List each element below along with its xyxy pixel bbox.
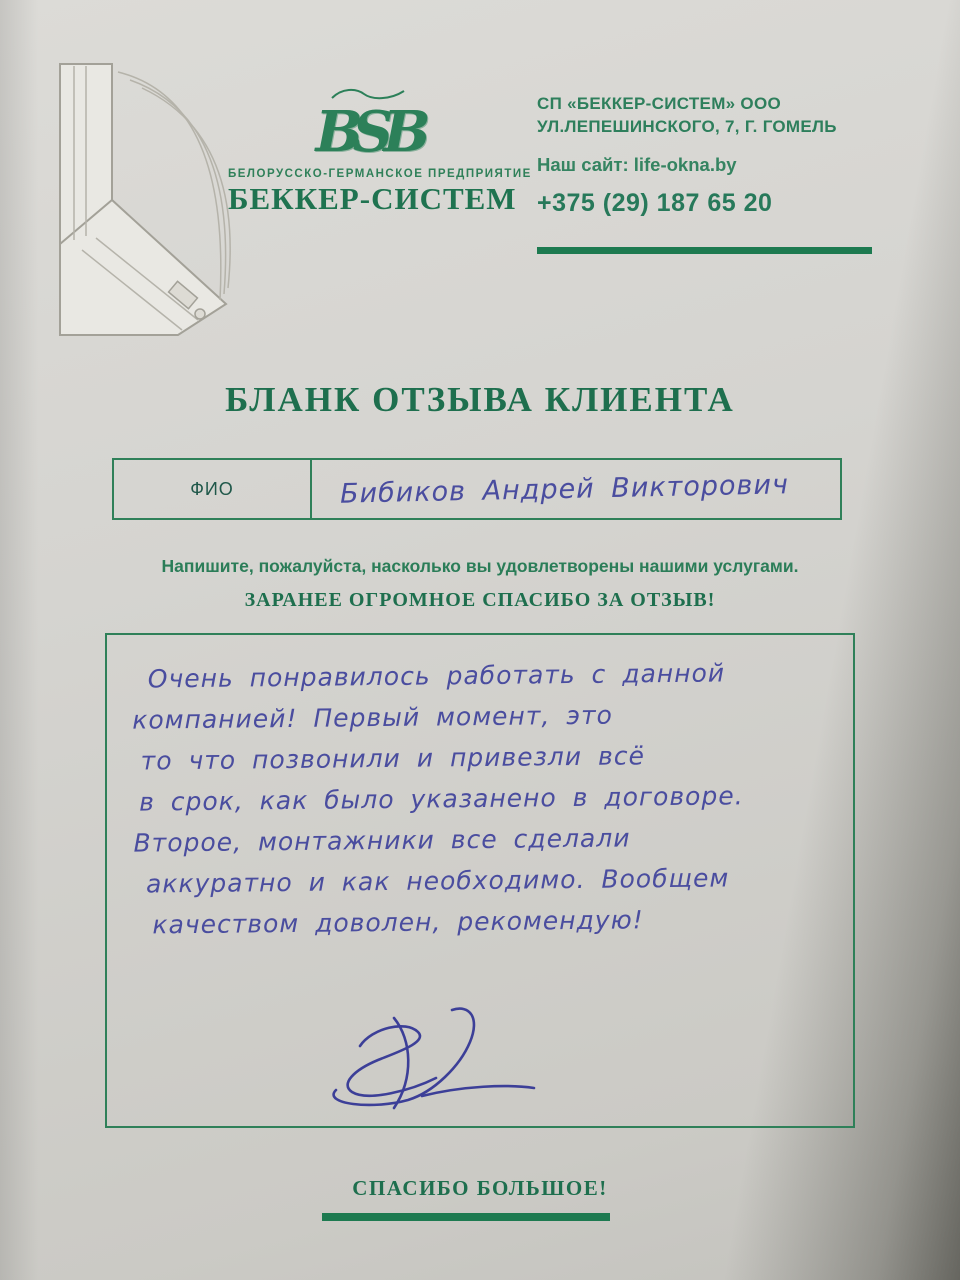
footer-divider: [322, 1213, 610, 1221]
form-title: БЛАНК ОТЗЫВА КЛИЕНТА: [0, 380, 960, 420]
thanks-advance-text: ЗАРАНЕЕ ОГРОМНОЕ СПАСИБО ЗА ОТЗЫВ!: [0, 589, 960, 612]
contact-phone: +375 (29) 187 65 20: [537, 189, 882, 218]
contact-info: СП «БЕККЕР-СИСТЕМ» ООО УЛ.ЛЕПЕШИНСКОГО, …: [537, 92, 882, 218]
contact-address: УЛ.ЛЕПЕШИНСКОГО, 7, Г. ГОМЕЛЬ: [537, 115, 882, 138]
review-box: Очень понравилось работать с данной комп…: [105, 633, 855, 1128]
fio-value-cell: Бибиков Андрей Викторович: [312, 460, 840, 518]
thanks-big-text: СПАСИБО БОЛЬШОЕ!: [0, 1176, 960, 1201]
review-line: Очень понравилось работать с данной: [148, 651, 828, 699]
fio-value-handwritten: Бибиков Андрей Викторович: [340, 469, 790, 509]
company-logo: BSB БЕЛОРУССКО-ГЕРМАНСКОЕ ПРЕДПРИЯТИЕ БЕ…: [228, 86, 508, 217]
contact-website: Наш сайт: life-okna.by: [537, 154, 882, 176]
review-line: качеством доволен, рекомендую!: [152, 897, 830, 945]
contact-company: СП «БЕККЕР-СИСТЕМ» ООО: [537, 92, 882, 115]
logo-tagline: БЕЛОРУССКО-ГЕРМАНСКОЕ ПРЕДПРИЯТИЕ: [228, 168, 508, 180]
review-line: в срок, как было указанено в договоре.: [139, 774, 829, 822]
review-handwritten-text: Очень понравилось работать с данной комп…: [105, 631, 854, 946]
window-profile-image: [22, 42, 237, 337]
review-line: то что позвонили и привезли всё: [140, 733, 828, 781]
signature: [302, 1000, 552, 1125]
logo-monogram: BSB: [228, 102, 508, 162]
review-line: Второе, монтажники все сделали: [133, 815, 829, 863]
fio-table: ФИО Бибиков Андрей Викторович: [112, 458, 842, 520]
logo-company-name: БЕККЕР-СИСТЕМ: [228, 181, 508, 217]
review-line: компанией! Первый момент, это: [132, 692, 828, 740]
fio-label: ФИО: [114, 460, 312, 518]
feedback-form-photo: BSB БЕЛОРУССКО-ГЕРМАНСКОЕ ПРЕДПРИЯТИЕ БЕ…: [0, 0, 960, 1280]
header-divider: [537, 247, 872, 254]
instruction-text: Напишите, пожалуйста, насколько вы удовл…: [0, 556, 960, 577]
review-line: аккуратно и как необходимо. Вообщем: [146, 856, 830, 904]
